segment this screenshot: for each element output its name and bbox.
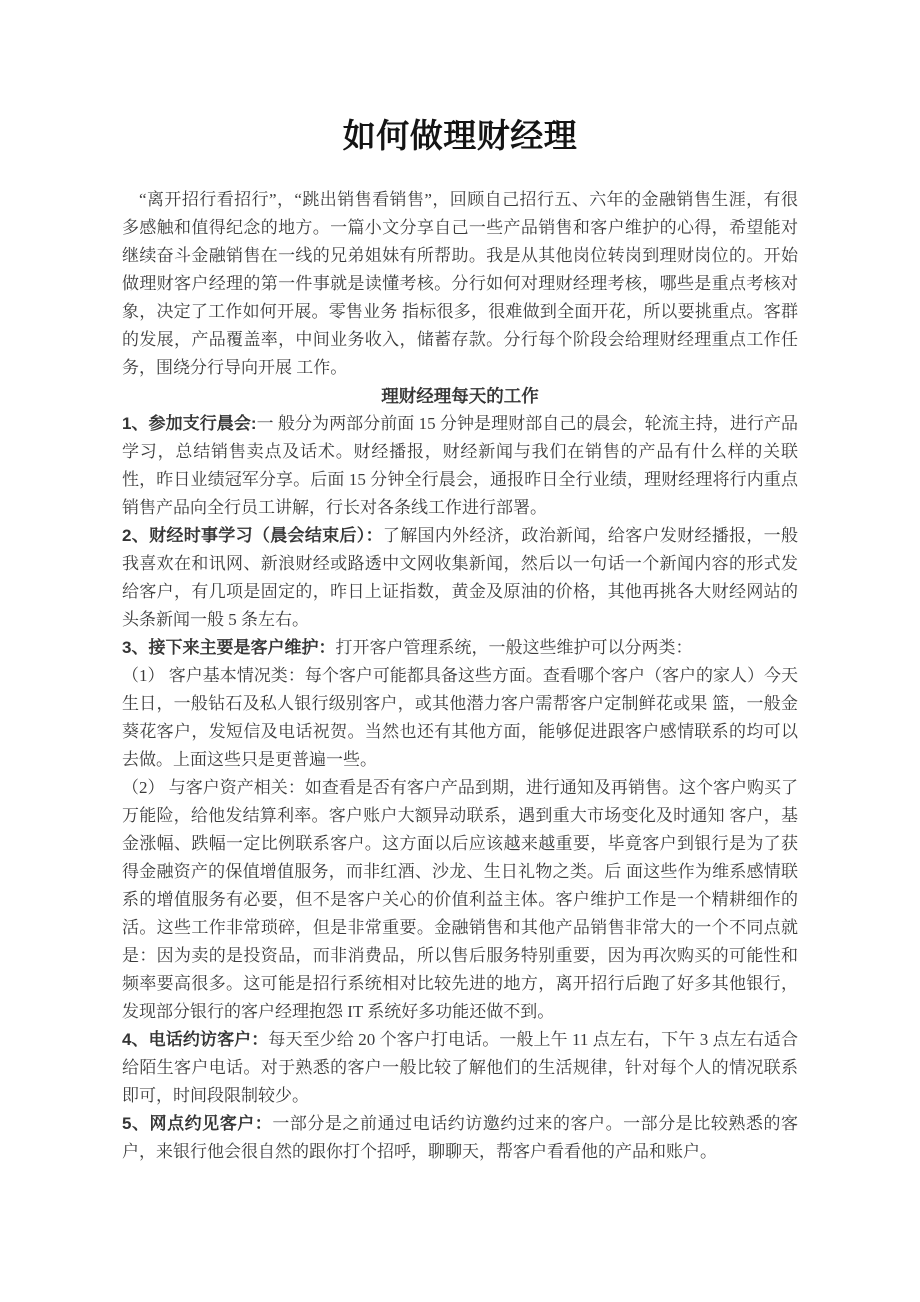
- document-title: 如何做理财经理: [122, 112, 798, 160]
- list-paragraph-4: 4、电话约访客户：每天至少给 20 个客户打电话。一般上午 11 点左右，下午 …: [122, 1026, 798, 1110]
- list-paragraph-5: 5、网点约见客户：一部分是之前通过电话约访邀约过来的客户。一部分是比较熟悉的客户…: [122, 1110, 798, 1166]
- list-paragraph-2: 2、财经时事学习（晨会结束后）：了解国内外经济，政治新闻，给客户发财经播报，一般…: [122, 522, 798, 634]
- document-body: “离开招行看招行”，“跳出销售看销售”，回顾自己招行五、六年的金融销售生涯，有很…: [122, 186, 798, 1166]
- item-3-text: 打开客户管理系统，一般这些维护可以分两类：: [335, 638, 692, 657]
- list-paragraph-1: 1、参加支行晨会:一 般分为两部分前面 15 分钟是理财部自己的晨会，轮流主持，…: [122, 410, 798, 522]
- item-1-label: 1、参加支行晨会:: [122, 414, 257, 433]
- sub-item-2-paragraph: （2） 与客户资产相关：如查看是否有客户产品到期，进行通知及再销售。这个客户购买…: [122, 774, 798, 1026]
- list-paragraph-3: 3、接下来主要是客户维护：打开客户管理系统，一般这些维护可以分两类：: [122, 634, 798, 662]
- section-heading: 理财经理每天的工作: [122, 382, 798, 410]
- item-2-label: 2、财经时事学习（晨会结束后）：: [122, 526, 383, 545]
- intro-paragraph: “离开招行看招行”，“跳出销售看销售”，回顾自己招行五、六年的金融销售生涯，有很…: [122, 186, 798, 382]
- item-5-label: 5、网点约见客户：: [122, 1114, 272, 1133]
- document-page: 如何做理财经理 “离开招行看招行”，“跳出销售看销售”，回顾自己招行五、六年的金…: [0, 0, 920, 1302]
- item-3-label: 3、接下来主要是客户维护：: [122, 638, 335, 657]
- item-4-label: 4、电话约访客户：: [122, 1030, 268, 1049]
- sub-item-1-paragraph: （1） 客户基本情况类：每个客户可能都具备这些方面。查看哪个客户（客户的家人）今…: [122, 662, 798, 774]
